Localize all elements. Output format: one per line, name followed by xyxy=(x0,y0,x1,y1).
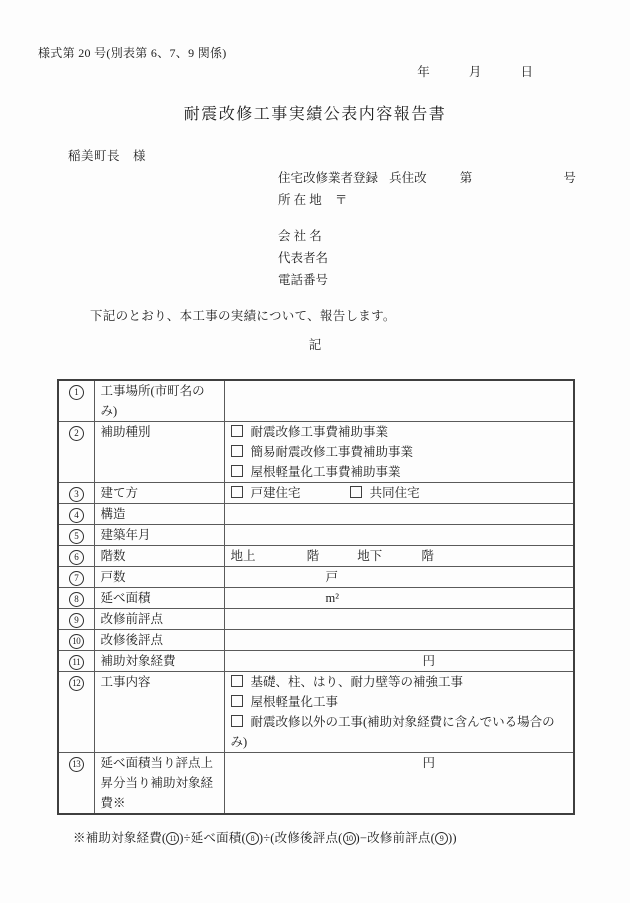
above-ground-label: 地上 xyxy=(231,549,256,563)
unit-label: m² xyxy=(326,591,339,605)
checkbox-label: 簡易耐震改修工事費補助事業 xyxy=(251,445,414,459)
row-number: 12 xyxy=(69,676,84,691)
footnote-text: ※補助対象経費( xyxy=(73,831,166,845)
checkbox-label: 耐震改修以外の工事(補助対象経費に含んでいる場合のみ) xyxy=(231,715,555,749)
row-label: 補助種別 xyxy=(94,422,224,483)
row-label: 工事場所(市町名のみ) xyxy=(94,380,224,422)
row-score-after: 10 改修後評点 xyxy=(58,630,574,651)
month-label: 月 xyxy=(469,65,482,79)
checkbox-label: 戸建住宅 xyxy=(251,486,301,500)
checkbox-label: 共同住宅 xyxy=(370,486,420,500)
row-floors: 6 階数 地上 階 地下 階 xyxy=(58,546,574,567)
row-value: 円 xyxy=(224,651,574,672)
row-value xyxy=(224,525,574,546)
phone-line: 電話番号 xyxy=(278,269,576,291)
checkbox-icon xyxy=(231,445,243,457)
form-number: 様式第 20 号(別表第 6、7、9 関係) xyxy=(38,44,227,61)
footnote-text: )) xyxy=(448,831,457,845)
row-number: 13 xyxy=(69,757,84,772)
row-expense-per-area: 13 延べ面積当り評点上昇分当り補助対象経費※ 円 xyxy=(58,753,574,815)
page-title: 耐震改修工事実績公表内容報告書 xyxy=(0,101,630,124)
row-subsidy-type: 2 補助種別 耐震改修工事費補助事業 簡易耐震改修工事費補助事業 屋根軽量化工事… xyxy=(58,422,574,483)
row-number: 5 xyxy=(69,529,84,544)
report-table: 1 工事場所(市町名のみ) 2 補助種別 耐震改修工事費補助事業 簡易耐震改修工… xyxy=(57,379,575,815)
addressee: 稲美町長 様 xyxy=(68,146,146,164)
checkbox-option: 基礎、柱、はり、耐力壁等の補強工事 xyxy=(231,672,568,692)
checkbox-option: 耐震改修以外の工事(補助対象経費に含んでいる場合のみ) xyxy=(231,712,568,752)
report-statement: 下記のとおり、本工事の実績について、報告します。 xyxy=(90,306,396,324)
row-number: 1 xyxy=(69,385,84,400)
row-value: m² xyxy=(224,588,574,609)
checkbox-icon xyxy=(350,486,362,498)
registration-number-suffix: 号 xyxy=(563,171,576,185)
circled-number: 10 xyxy=(343,832,356,845)
checkbox-option: 簡易耐震改修工事費補助事業 xyxy=(231,442,568,462)
checkbox-icon xyxy=(231,695,243,707)
checkbox-option: 屋根軽量化工事 xyxy=(231,692,568,712)
row-label: 延べ面積当り評点上昇分当り補助対象経費※ xyxy=(94,753,224,815)
row-label: 工事内容 xyxy=(94,672,224,753)
row-number: 3 xyxy=(69,487,84,502)
phone-label: 電話番号 xyxy=(278,273,328,287)
row-number: 7 xyxy=(69,571,84,586)
lower-block: 1 工事場所(市町名のみ) 2 補助種別 耐震改修工事費補助事業 簡易耐震改修工… xyxy=(57,379,573,846)
row-number: 6 xyxy=(69,550,84,565)
registration-number-prefix: 第 xyxy=(460,171,473,185)
checkbox-icon xyxy=(231,465,243,477)
registration-block: 住宅改修業者登録 兵住改 第 号 所 在 地 〒 会 社 名 代表者名 電話番号 xyxy=(278,167,576,291)
unit-label: 円 xyxy=(423,654,436,668)
row-value: 耐震改修工事費補助事業 簡易耐震改修工事費補助事業 屋根軽量化工事費補助事業 xyxy=(224,422,574,483)
checkbox-option: 耐震改修工事費補助事業 xyxy=(231,422,568,442)
row-structure: 4 構造 xyxy=(58,504,574,525)
footnote-text: )÷(改修後評点( xyxy=(259,831,343,845)
basement-label: 地下 xyxy=(357,549,382,563)
row-value xyxy=(224,630,574,651)
date-line: 年 月 日 xyxy=(417,62,533,80)
row-label: 延べ面積 xyxy=(94,588,224,609)
record-marker: 記 xyxy=(0,335,630,353)
row-number: 10 xyxy=(69,634,84,649)
row-label: 建て方 xyxy=(94,483,224,504)
company-label: 会 社 名 xyxy=(278,229,322,243)
checkbox-icon xyxy=(231,425,243,437)
row-value xyxy=(224,504,574,525)
registration-code: 兵住改 xyxy=(389,171,427,185)
row-label: 構造 xyxy=(94,504,224,525)
address-label: 所 在 地 xyxy=(278,193,322,207)
row-building-type: 3 建て方 戸建住宅 共同住宅 xyxy=(58,483,574,504)
row-label: 階数 xyxy=(94,546,224,567)
row-number: 11 xyxy=(69,655,84,670)
representative-line: 代表者名 xyxy=(278,247,576,269)
circled-number: 11 xyxy=(166,832,179,845)
row-construction-date: 5 建築年月 xyxy=(58,525,574,546)
floor-unit: 階 xyxy=(421,549,434,563)
footnote-text: )÷延べ面積( xyxy=(179,831,246,845)
row-value: 戸 xyxy=(224,567,574,588)
registration-line: 住宅改修業者登録 兵住改 第 号 xyxy=(278,167,576,189)
circled-number: 8 xyxy=(246,832,259,845)
row-label: 戸数 xyxy=(94,567,224,588)
floor-unit: 階 xyxy=(307,549,320,563)
checkbox-option: 屋根軽量化工事費補助事業 xyxy=(231,462,568,482)
unit-label: 円 xyxy=(423,756,436,770)
row-number: 8 xyxy=(69,592,84,607)
day-label: 日 xyxy=(520,65,533,79)
circled-number: 9 xyxy=(435,832,448,845)
checkbox-icon xyxy=(231,715,243,727)
row-value: 基礎、柱、はり、耐力壁等の補強工事 屋根軽量化工事 耐震改修以外の工事(補助対象… xyxy=(224,672,574,753)
row-unit-count: 7 戸数 戸 xyxy=(58,567,574,588)
row-value xyxy=(224,380,574,422)
row-value: 戸建住宅 共同住宅 xyxy=(224,483,574,504)
row-label: 改修後評点 xyxy=(94,630,224,651)
row-floor-area: 8 延べ面積 m² xyxy=(58,588,574,609)
checkbox-label: 基礎、柱、はり、耐力壁等の補強工事 xyxy=(251,675,464,689)
address-line: 所 在 地 〒 xyxy=(278,189,576,211)
row-subsidy-expense: 11 補助対象経費 円 xyxy=(58,651,574,672)
row-construction-site: 1 工事場所(市町名のみ) xyxy=(58,380,574,422)
row-label: 補助対象経費 xyxy=(94,651,224,672)
row-value xyxy=(224,609,574,630)
checkbox-icon xyxy=(231,486,243,498)
company-line: 会 社 名 xyxy=(278,225,576,247)
row-number: 4 xyxy=(69,508,84,523)
checkbox-label: 屋根軽量化工事費補助事業 xyxy=(251,465,401,479)
representative-label: 代表者名 xyxy=(278,251,328,265)
checkbox-label: 耐震改修工事費補助事業 xyxy=(251,425,389,439)
checkbox-label: 屋根軽量化工事 xyxy=(251,695,339,709)
postal-mark-icon: 〒 xyxy=(335,193,348,207)
row-number: 2 xyxy=(69,426,84,441)
row-number: 9 xyxy=(69,613,84,628)
document-page: 様式第 20 号(別表第 6、7、9 関係) 年 月 日 耐震改修工事実績公表内… xyxy=(0,0,630,903)
formula-footnote: ※補助対象経費(11)÷延べ面積(8)÷(改修後評点(10)−改修前評点(9)) xyxy=(73,828,573,846)
footnote-text: )−改修前評点( xyxy=(356,831,435,845)
checkbox-icon xyxy=(231,675,243,687)
row-score-before: 9 改修前評点 xyxy=(58,609,574,630)
row-label: 改修前評点 xyxy=(94,609,224,630)
row-value: 地上 階 地下 階 xyxy=(224,546,574,567)
unit-label: 戸 xyxy=(326,570,339,584)
year-label: 年 xyxy=(417,65,430,79)
registration-label: 住宅改修業者登録 xyxy=(278,171,378,185)
row-label: 建築年月 xyxy=(94,525,224,546)
row-value: 円 xyxy=(224,753,574,815)
row-work-description: 12 工事内容 基礎、柱、はり、耐力壁等の補強工事 屋根軽量化工事 耐震改修以外… xyxy=(58,672,574,753)
